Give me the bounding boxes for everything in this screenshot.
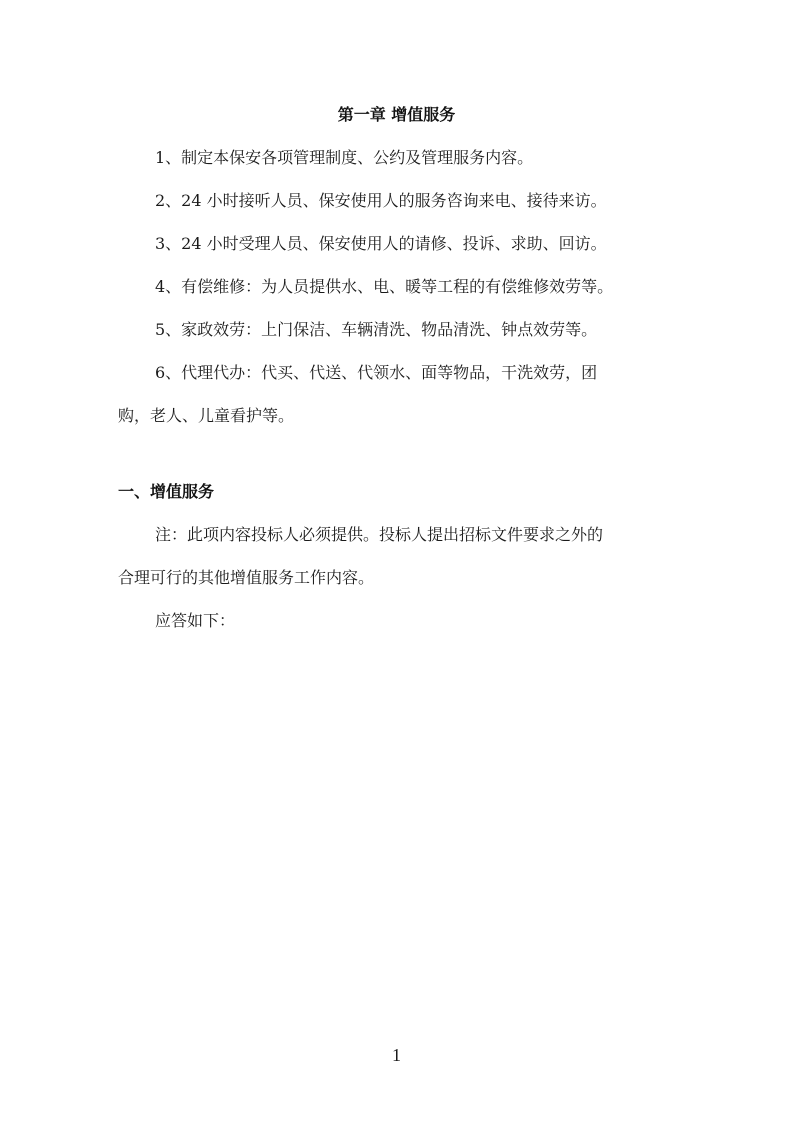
list-item: 2、24 小时接听人员、保安使用人的服务咨询来电、接待来访。 bbox=[118, 190, 715, 212]
list-item: 5、家政效劳：上门保洁、车辆清洗、物品清洗、钟点效劳等。 bbox=[118, 319, 715, 341]
note-paragraph: 注：此项内容投标人必须提供。投标人提出招标文件要求之外的 bbox=[118, 524, 715, 546]
section-heading: 一、增值服务 bbox=[118, 481, 214, 503]
list-item: 3、24 小时受理人员、保安使用人的请修、投诉、求助、回访。 bbox=[118, 233, 715, 255]
response-label: 应答如下： bbox=[118, 610, 715, 632]
chapter-title: 第一章 增值服务 bbox=[0, 104, 793, 126]
list-item: 4、有偿维修：为人员提供水、电、暖等工程的有偿维修效劳等。 bbox=[118, 276, 715, 298]
document-page: 第一章 增值服务 1、制定本保安各项管理制度、公约及管理服务内容。 2、24 小… bbox=[0, 0, 793, 1122]
list-item: 1、制定本保安各项管理制度、公约及管理服务内容。 bbox=[118, 147, 715, 169]
page-number: 1 bbox=[0, 1044, 793, 1066]
list-item-continuation: 购，老人、儿童看护等。 bbox=[118, 405, 678, 427]
note-paragraph-continuation: 合理可行的其他增值服务工作内容。 bbox=[118, 567, 678, 589]
list-item: 6、代理代办：代买、代送、代领水、面等物品，干洗效劳，团 bbox=[118, 362, 715, 384]
